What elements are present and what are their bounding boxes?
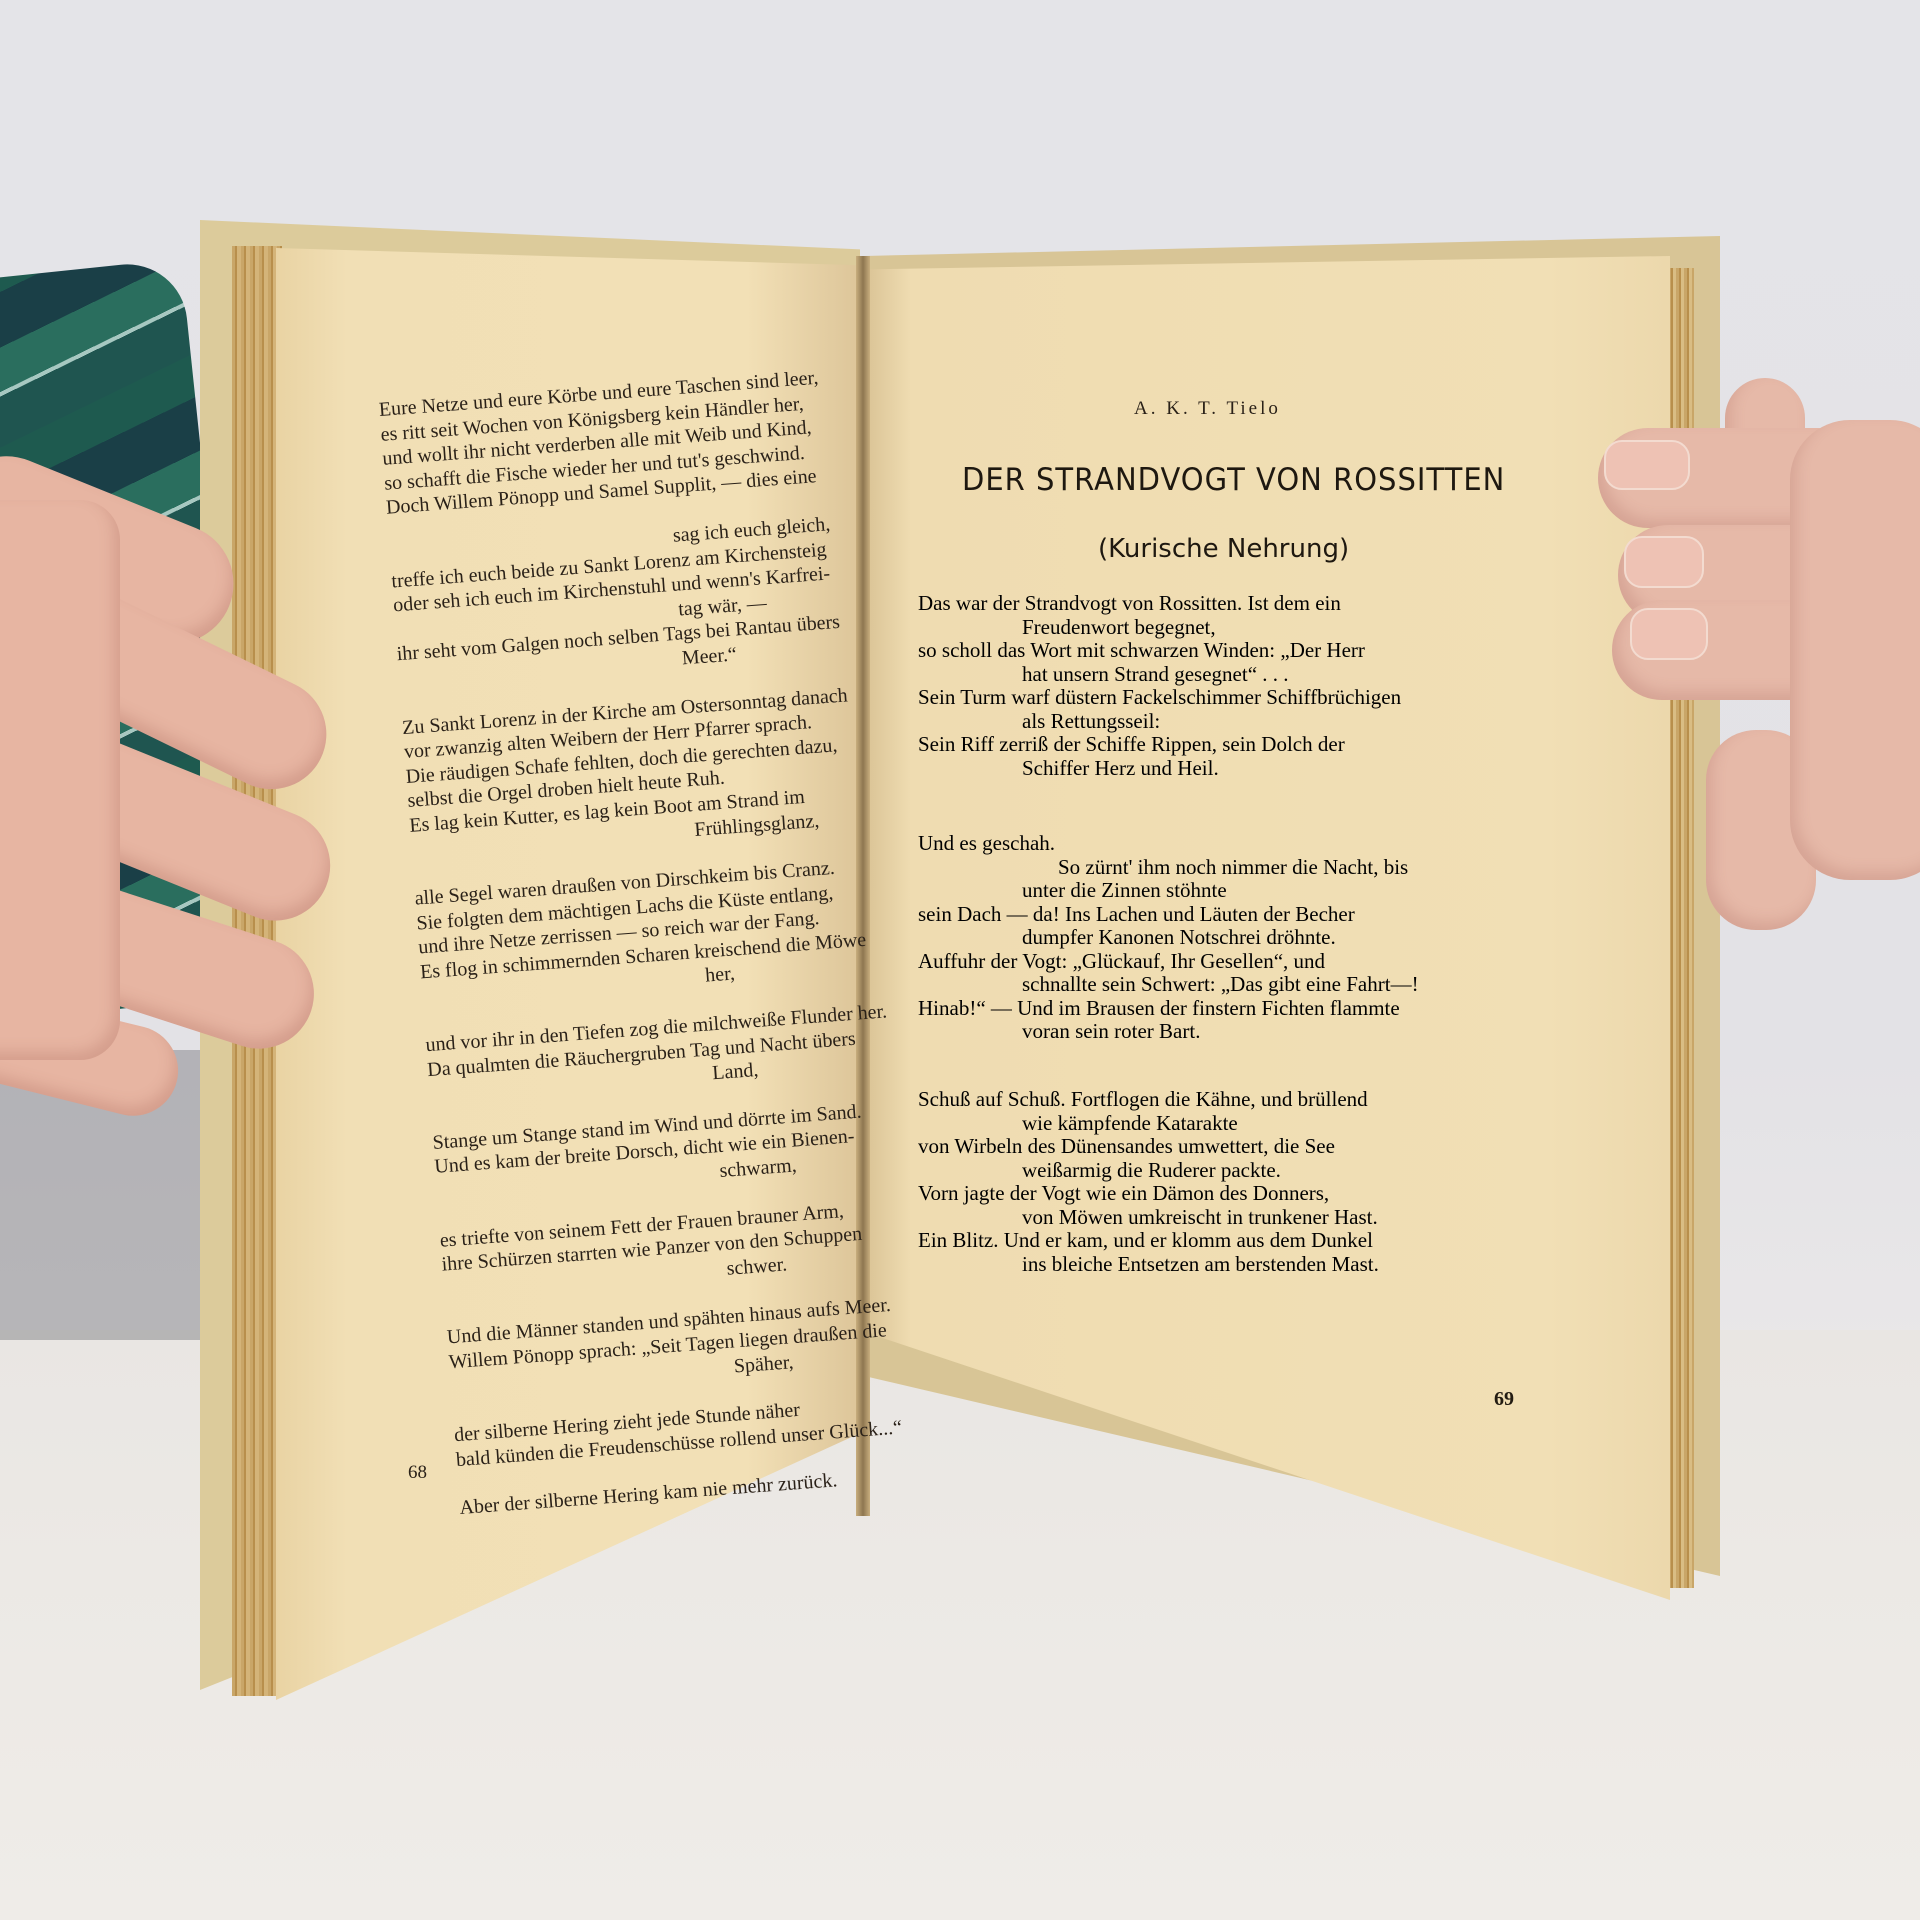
poem-line: als Rettungsseil: bbox=[918, 710, 1538, 734]
stanza-3: Schuß auf Schuß. Fortflogen die Kähne, u… bbox=[918, 1088, 1538, 1276]
poem-line: Freudenwort begegnet, bbox=[918, 616, 1538, 640]
poem-line: weißarmig die Ruderer packte. bbox=[918, 1159, 1538, 1183]
fingernail bbox=[1630, 608, 1708, 660]
poem-line: ins bleiche Entsetzen am berstenden Mast… bbox=[918, 1253, 1538, 1277]
author-name: A. K. T. Tielo bbox=[1134, 398, 1281, 420]
poem-line: Sein Turm warf düstern Fackelschimmer Sc… bbox=[918, 686, 1538, 710]
poem-line: Hinab!“ — Und im Brausen der finstern Fi… bbox=[918, 997, 1538, 1021]
poem-line: von Möwen umkreischt in trunkener Hast. bbox=[918, 1206, 1538, 1230]
left-page-poem: Eure Netze und eure Körbe und eure Tasch… bbox=[378, 365, 909, 1521]
poem-line: voran sein roter Bart. bbox=[918, 1020, 1538, 1044]
page-number-right: 69 bbox=[1494, 1388, 1514, 1411]
photo-scene: Eure Netze und eure Körbe und eure Tasch… bbox=[0, 0, 1920, 1920]
poem-line: so scholl das Wort mit schwarzen Winden:… bbox=[918, 639, 1538, 663]
poem-line: unter die Zinnen stöhnte bbox=[918, 879, 1538, 903]
poem-line: hat unsern Strand gesegnet“ . . . bbox=[918, 663, 1538, 687]
poem-line: So zürnt' ihm noch nimmer die Nacht, bis bbox=[918, 856, 1538, 880]
poem-title: DER STRANDVOGT VON ROSSITTEN bbox=[962, 461, 1505, 498]
poem-line: Und es geschah. bbox=[918, 832, 1538, 856]
page-number-left: 68 bbox=[408, 1462, 427, 1484]
poem-line: Ein Blitz. Und er kam, und er klomm aus … bbox=[918, 1229, 1538, 1253]
poem-line: Vorn jagte der Vogt wie ein Dämon des Do… bbox=[918, 1182, 1538, 1206]
poem-line: von Wirbeln des Dünensandes umwettert, d… bbox=[918, 1135, 1538, 1159]
stanza-1: Das war der Strandvogt von Rossitten. Is… bbox=[918, 592, 1538, 780]
poem-line: dumpfer Kanonen Notschrei dröhnte. bbox=[918, 926, 1538, 950]
poem-line: sein Dach — da! Ins Lachen und Läuten de… bbox=[918, 903, 1538, 927]
left-hand-palm bbox=[0, 500, 120, 1060]
poem-line: Das war der Strandvogt von Rossitten. Is… bbox=[918, 592, 1538, 616]
poem-line: wie kämpfende Katarakte bbox=[918, 1112, 1538, 1136]
poem-subtitle: (Kurische Nehrung) bbox=[1098, 534, 1349, 564]
stanza-2: Und es geschah.So zürnt' ihm noch nimmer… bbox=[918, 832, 1538, 1044]
poem-line: Schiffer Herz und Heil. bbox=[918, 757, 1538, 781]
poem-line: Auffuhr der Vogt: „Glückauf, Ihr Geselle… bbox=[918, 950, 1538, 974]
fingernail bbox=[1624, 536, 1704, 588]
right-hand-palm bbox=[1790, 420, 1920, 880]
poem-line: Sein Riff zerriß der Schiffe Rippen, sei… bbox=[918, 733, 1538, 757]
poem-line: Schuß auf Schuß. Fortflogen die Kähne, u… bbox=[918, 1088, 1538, 1112]
fingernail bbox=[1604, 440, 1690, 490]
poem-line: schnallte sein Schwert: „Das gibt eine F… bbox=[918, 973, 1538, 997]
